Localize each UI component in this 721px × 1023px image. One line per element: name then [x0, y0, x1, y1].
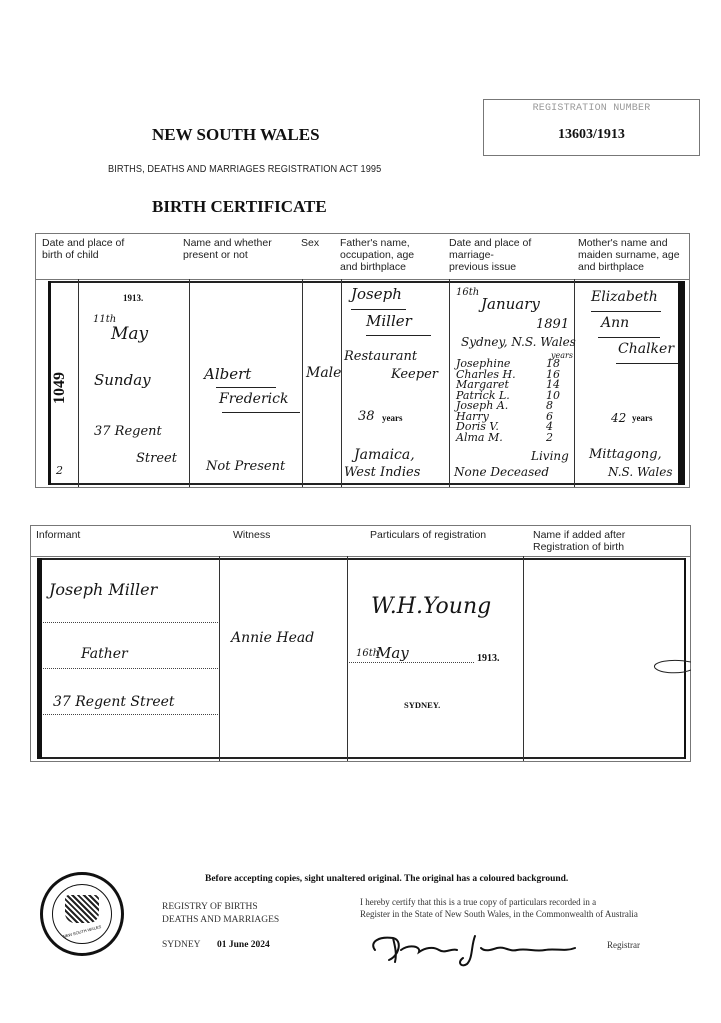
registration-table-scan: Joseph Miller Father 37 Regent Street An…: [31, 556, 690, 761]
birth-weekday: Sunday: [94, 371, 151, 389]
registration-month: May: [376, 644, 409, 662]
father-birthplace-2: West Indies: [344, 465, 420, 480]
mother-birthplace-1: Mittagong,: [589, 447, 662, 462]
underline: [616, 363, 678, 364]
underline: [351, 309, 406, 310]
authenticity-warning: Before accepting copies, sight unaltered…: [205, 874, 568, 884]
father-first-name: Joseph: [351, 285, 402, 303]
mother-middle-name: Ann: [601, 315, 629, 331]
col-header-particulars: Particulars of registration: [370, 529, 486, 541]
mother-first-name: Elizabeth: [591, 289, 658, 305]
marriage-day: 16th: [456, 287, 479, 298]
col-header-mother: Mother's name andmaiden surname, ageand …: [578, 237, 680, 273]
entry-number: 1049: [51, 372, 69, 404]
year-printed: 1913.: [123, 293, 143, 303]
col-header-date-place: Date and place ofbirth of child: [42, 237, 124, 261]
underline: [366, 335, 431, 336]
dotted-line: [349, 662, 474, 663]
birth-table-header: Date and place ofbirth of child Name and…: [36, 234, 689, 280]
issue-date: 01 June 2024: [217, 939, 270, 952]
informant-name: Joseph Miller: [49, 580, 157, 599]
col-header-informant: Informant: [36, 529, 80, 541]
col-header-witness: Witness: [233, 529, 270, 541]
column-divider: [219, 556, 220, 761]
underline: [598, 337, 660, 338]
state-title: NEW SOUTH WALES: [152, 125, 320, 145]
sex-value: Male: [306, 365, 341, 381]
issue-city: SYDNEY: [162, 939, 201, 952]
child-first-name: Albert: [204, 365, 251, 383]
father-age-unit: years: [382, 413, 403, 423]
column-divider: [574, 279, 575, 487]
underline: [216, 387, 276, 388]
deputy-registrar-signature: W.H.Young: [371, 594, 491, 619]
column-divider: [347, 556, 348, 761]
dotted-line: [43, 622, 218, 623]
column-divider: [523, 556, 524, 761]
registrar-title: Registrar: [607, 939, 640, 952]
child-second-name: Frederick: [219, 391, 288, 407]
marriage-month: January: [481, 295, 540, 313]
father-age: 38: [358, 409, 375, 424]
certification-statement: I hereby certify that this is a true cop…: [360, 896, 638, 920]
father-occupation-1: Restaurant: [344, 349, 417, 364]
birth-place-line1: 37 Regent: [94, 424, 162, 439]
scan-left-edge: [37, 558, 42, 759]
issue-deceased: None Deceased: [454, 465, 549, 479]
father-last-name: Miller: [366, 312, 412, 330]
entry-mark: 2: [56, 464, 63, 477]
dotted-line: [43, 714, 218, 715]
underline: [591, 311, 661, 312]
previous-issue-list: Josephine18 Charles H.16 Margaret14 Patr…: [456, 359, 560, 443]
mother-age-unit: years: [632, 413, 653, 423]
issue-living: Living: [531, 449, 569, 463]
mother-birthplace-2: N.S. Wales: [608, 465, 673, 479]
registration-year: 1913.: [477, 653, 500, 664]
birth-details-table: Date and place ofbirth of child Name and…: [35, 233, 690, 488]
column-divider: [302, 279, 303, 487]
column-divider: [78, 279, 79, 487]
present-status: Not Present: [206, 459, 285, 474]
birth-table-scan: 1049 2 1913. 11th May Sunday 37 Regent S…: [36, 279, 689, 487]
informant-relation: Father: [81, 646, 128, 662]
registrar-seal-icon: NEW SOUTH WALES: [40, 872, 124, 956]
col-header-sex: Sex: [301, 237, 319, 249]
act-reference: BIRTHS, DEATHS AND MARRIAGES REGISTRATIO…: [108, 164, 381, 175]
column-divider: [189, 279, 190, 487]
birth-month: May: [111, 324, 148, 344]
marriage-place: Sydney, N.S. Wales: [461, 335, 576, 349]
registration-number-box: REGISTRATION NUMBER 13603/1913: [483, 99, 700, 156]
registration-table-header: Informant Witness Particulars of registr…: [31, 526, 690, 557]
col-header-name-added: Name if added afterRegistration of birth: [533, 529, 625, 553]
birth-place-line2: Street: [136, 451, 177, 466]
father-occupation-2: Keeper: [391, 367, 438, 382]
document-title: BIRTH CERTIFICATE: [152, 197, 327, 217]
dotted-line: [43, 668, 218, 669]
mother-maiden-name: Chalker: [618, 341, 674, 357]
coat-of-arms-icon: [65, 895, 99, 923]
col-header-marriage: Date and place ofmarriage-previous issue: [449, 237, 531, 273]
marriage-year: 1891: [536, 317, 569, 332]
registration-number-value: 13603/1913: [484, 127, 699, 143]
registrar-signature: [365, 928, 585, 968]
witness-name: Annie Head: [231, 630, 314, 646]
informant-address: 37 Regent Street: [53, 694, 175, 710]
underline: [222, 412, 300, 413]
col-header-name: Name and whetherpresent or not: [183, 237, 272, 261]
mother-age: 42: [611, 411, 626, 425]
registration-place: SYDNEY.: [404, 700, 440, 710]
father-birthplace-1: Jamaica,: [354, 447, 415, 463]
issue-row: Alma M.2: [456, 433, 560, 444]
pen-stroke-mark: [651, 656, 691, 680]
registration-details-table: Informant Witness Particulars of registr…: [30, 525, 691, 762]
col-header-father: Father's name,occupation, ageand birthpl…: [340, 237, 414, 273]
registry-name: REGISTRY OF BIRTHS DEATHS AND MARRIAGES: [162, 901, 279, 927]
registration-number-label: REGISTRATION NUMBER: [484, 103, 699, 114]
scan-right-edge: [678, 281, 685, 485]
column-divider: [449, 279, 450, 487]
column-divider: [341, 279, 342, 487]
